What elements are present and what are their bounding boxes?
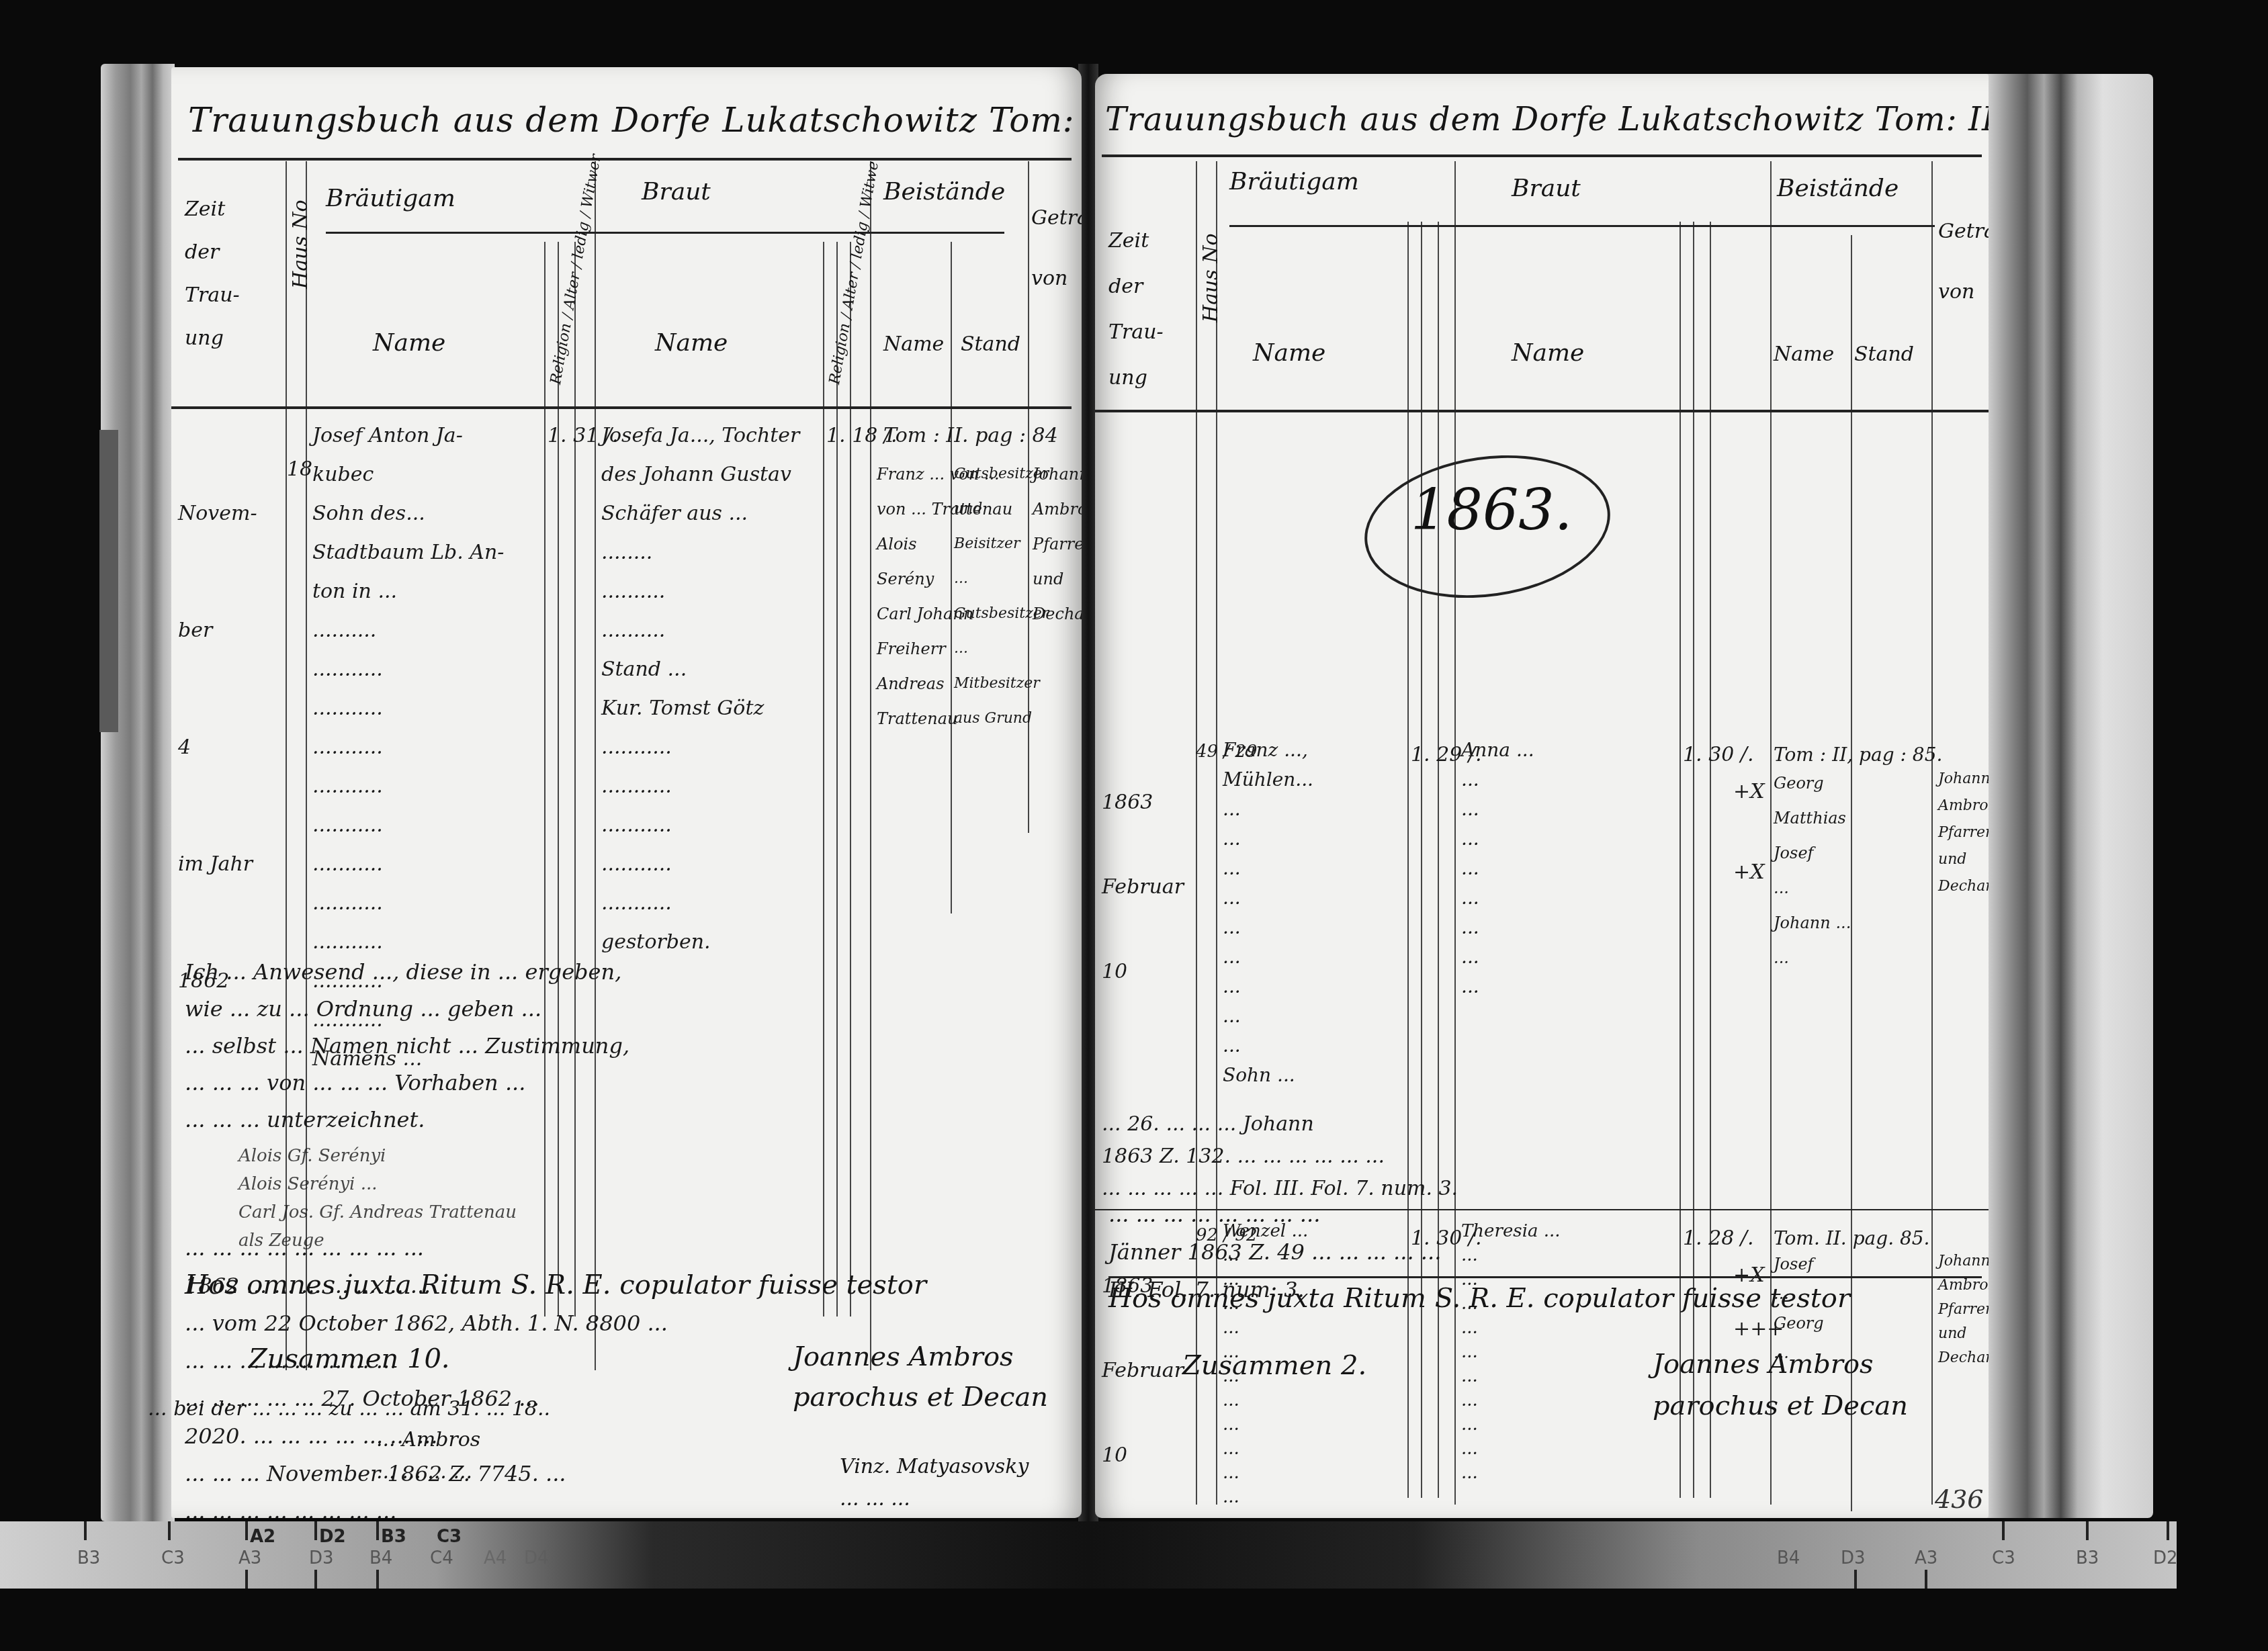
text-line: Jänner 1863 Z. 49 ... ... ... ... ... bbox=[1108, 1233, 1441, 1271]
entry-bride-age: 1. 30 /. bbox=[1683, 735, 1754, 774]
consent-note: Ich ... Anwesend ..., diese in ... ergeb… bbox=[185, 954, 629, 1139]
header-date: Zeit der Trau- ung bbox=[185, 188, 240, 360]
text-line: ... bbox=[1461, 883, 1534, 913]
header-rule bbox=[326, 232, 1004, 234]
text-line: ... bbox=[1461, 1364, 1561, 1388]
text-line: ... bbox=[1223, 972, 1313, 1001]
entry-date: 1863 Februar 10 bbox=[1102, 732, 1184, 1042]
ruler-label: A3 bbox=[1915, 1548, 1937, 1568]
text-line: ... bbox=[1461, 913, 1534, 942]
header-officiant-line: von bbox=[1031, 249, 1082, 309]
text-line: ... bbox=[1461, 795, 1534, 824]
signature-line: ... ... ... ... bbox=[376, 1456, 480, 1488]
header-bottom-rule bbox=[1095, 410, 1989, 412]
text-line: ... ... ... unterzeichnet. bbox=[185, 1102, 629, 1139]
text-line: ... bbox=[1223, 824, 1313, 854]
text-line: Pfarrer bbox=[1938, 1298, 1989, 1322]
entry-bride-text: Josefa Ja..., Tochterdes Johann GustavSc… bbox=[601, 416, 799, 962]
text-line: ... bbox=[1223, 1485, 1308, 1509]
text-line: Josef Anton Ja- bbox=[312, 416, 504, 455]
ruler-tick bbox=[376, 1521, 379, 1540]
signature-line: parochus et Decan bbox=[793, 1377, 1048, 1417]
text-line: ... ... ... ... ... ... ... ... ... bbox=[185, 1229, 668, 1267]
year-marker: 1863. bbox=[1411, 477, 1572, 543]
ruler-label: A2 bbox=[250, 1527, 275, 1547]
header-witness-status: Stand bbox=[961, 332, 1020, 356]
text-line: ... bbox=[1774, 940, 1851, 975]
text-line: und bbox=[1938, 1322, 1989, 1346]
entry-mark: +X bbox=[1733, 853, 1765, 892]
text-line: Josef bbox=[1774, 1249, 1824, 1279]
text-line: ........... bbox=[601, 884, 799, 923]
text-line: ... bbox=[1461, 1316, 1561, 1340]
text-line: ... bbox=[1461, 1437, 1561, 1461]
ruler-label: A4 bbox=[484, 1548, 507, 1568]
text-line: ... vom 22 October 1862, Abth. 1. N. 880… bbox=[185, 1304, 668, 1342]
text-line: .......... bbox=[601, 611, 799, 650]
title-rule bbox=[178, 158, 1072, 161]
text-line: ... ... ... ... ... ... ... ... bbox=[1108, 1196, 1441, 1233]
entry-date-line: im Jahr bbox=[178, 845, 257, 884]
text-line: ... bbox=[1223, 1461, 1308, 1485]
text-line: ........... bbox=[601, 728, 799, 767]
header-date-line: Zeit bbox=[185, 188, 240, 231]
signature-line: Vinz. Matyasovsky bbox=[840, 1451, 1029, 1483]
entry-bride-age: 1. 28 /. bbox=[1683, 1219, 1754, 1258]
text-line: ... bbox=[1461, 1243, 1561, 1267]
text-line: ........... bbox=[601, 806, 799, 845]
parish-priest-signature: Joannes Ambros parochus et Decan bbox=[793, 1337, 1048, 1417]
text-line: ... bbox=[1223, 1437, 1308, 1461]
ruler-label: D3 bbox=[1841, 1548, 1866, 1568]
ruler-tick bbox=[376, 1570, 379, 1589]
text-line: Dechant bbox=[1033, 596, 1082, 631]
text-line: wie ... zu ... Ordnung ... geben ... bbox=[185, 991, 629, 1028]
header-bride: Braut bbox=[1512, 175, 1581, 202]
header-date-line: der bbox=[1108, 264, 1164, 310]
ruler-label: D4 bbox=[524, 1548, 549, 1568]
entry-date-line: 1863 bbox=[1102, 789, 1184, 817]
text-line: Dechant bbox=[1938, 873, 1989, 900]
entry-house-no: 18 bbox=[287, 450, 312, 489]
entry-note: ... 26. ... ... ... Johann1863 Z. 132. .… bbox=[1102, 1108, 1458, 1205]
text-line: ... bbox=[1223, 795, 1313, 824]
text-line: ... selbst ... Namen nicht ... Zustimmun… bbox=[185, 1028, 629, 1065]
total-count: Zusammen 2. bbox=[1182, 1350, 1366, 1381]
text-line: Alois Gf. Serényi bbox=[238, 1142, 517, 1170]
header-officiant-line: von bbox=[1938, 262, 1989, 322]
header-rule bbox=[1229, 225, 1935, 227]
header-date-line: der bbox=[185, 231, 240, 274]
text-line: ........ bbox=[601, 533, 799, 572]
text-line: und bbox=[1938, 846, 1989, 873]
entry-witnesses: GeorgMatthiasJosef...Johann ...... bbox=[1774, 766, 1851, 975]
text-line: ... ... ... von ... ... ... Vorhaben ... bbox=[185, 1065, 629, 1102]
text-line: ... bbox=[1461, 972, 1534, 1001]
ruler-tick bbox=[168, 1521, 171, 1540]
closing-formula: Hos omnes juxta Ritum S. R. E. copulator… bbox=[1108, 1283, 1850, 1314]
text-line: ........... bbox=[312, 767, 504, 806]
entry-date-line: Februar bbox=[1102, 1357, 1184, 1385]
header-house-no: Haus No bbox=[289, 199, 312, 289]
ruler-label: C3 bbox=[1992, 1548, 2015, 1568]
text-line: Georg bbox=[1774, 766, 1851, 801]
text-line: Stadtbaum Lb. An- bbox=[312, 533, 504, 572]
header-witnesses: Beistände bbox=[883, 178, 1005, 206]
text-line: aus Grund bbox=[954, 701, 1049, 736]
text-line: Sohn ... bbox=[1223, 1061, 1313, 1090]
ruler-tick bbox=[1925, 1570, 1927, 1589]
text-line: ... bbox=[1461, 824, 1534, 854]
closing-formula: Hos omnes juxta Ritum S. R. E. copulator… bbox=[185, 1269, 926, 1300]
text-line: Carl Jos. Gf. Andreas Trattenau bbox=[238, 1198, 517, 1226]
ruler-label: C3 bbox=[161, 1548, 185, 1568]
entry-mark: +X bbox=[1733, 772, 1765, 811]
text-line: Mühlen... bbox=[1223, 765, 1313, 795]
text-line: Mitbesitzer bbox=[954, 666, 1049, 701]
text-line: gestorben. bbox=[601, 923, 799, 962]
text-line: Theresia ... bbox=[1461, 1219, 1561, 1243]
text-line: ... bbox=[1223, 1509, 1308, 1518]
signature-line: Joannes Ambros bbox=[793, 1337, 1048, 1377]
ruler-tick bbox=[245, 1570, 248, 1589]
entry-date-line: Februar bbox=[1102, 873, 1184, 901]
text-line: Josef bbox=[1774, 836, 1851, 871]
bottom-signature-right: Vinz. Matyasovsky ... ... ... bbox=[840, 1451, 1029, 1515]
header-witness-status: Stand bbox=[1854, 343, 1914, 366]
total-count: Zusammen 10. bbox=[249, 1343, 450, 1374]
text-line: Anna ... bbox=[1461, 735, 1534, 765]
folio-number: 436 bbox=[1935, 1484, 1984, 1514]
ruler-label: B3 bbox=[77, 1548, 100, 1568]
signature-line: parochus et Decan bbox=[1653, 1385, 1908, 1427]
text-line: ... bbox=[1461, 942, 1534, 972]
text-line: ... bbox=[954, 631, 1049, 666]
column-divider bbox=[595, 161, 596, 1370]
header-groom: Bräutigam bbox=[1229, 168, 1359, 195]
text-line: ........... bbox=[312, 650, 504, 689]
header-groom-name: Name bbox=[373, 329, 445, 357]
header-date-line: Zeit bbox=[1108, 218, 1164, 264]
entry-bride-text: Theresia ...............................… bbox=[1461, 1219, 1561, 1485]
header-groom: Bräutigam bbox=[326, 185, 455, 212]
text-line: ........... bbox=[312, 689, 504, 728]
ruler-label: B4 bbox=[1777, 1548, 1800, 1568]
closing-rule bbox=[1108, 1276, 1982, 1278]
text-line: des Johann Gustav bbox=[601, 455, 799, 494]
ruler-tick bbox=[2167, 1521, 2169, 1540]
ruler-label: D2 bbox=[319, 1527, 346, 1547]
text-line: ... bbox=[1223, 1316, 1308, 1340]
text-line: Josefa Ja..., Tochter bbox=[601, 416, 799, 455]
text-line: Pfarrer bbox=[1033, 527, 1082, 562]
ruler-tick bbox=[2002, 1521, 2005, 1540]
column-divider bbox=[1851, 235, 1852, 1511]
ruler-tick bbox=[314, 1521, 317, 1540]
header-date-line: ung bbox=[185, 317, 240, 360]
text-line: ... bbox=[1461, 765, 1534, 795]
text-line: Johann bbox=[1033, 457, 1082, 492]
entry-date-line: 10 bbox=[1102, 1441, 1184, 1470]
column-divider bbox=[823, 242, 824, 1317]
text-line: ........... bbox=[312, 845, 504, 884]
header-date: Zeit der Trau- ung bbox=[1108, 218, 1164, 401]
text-line: .......... bbox=[601, 572, 799, 611]
column-divider bbox=[850, 242, 851, 1317]
text-line: ... bbox=[1461, 854, 1534, 883]
page-title: Trauungsbuch aus dem Dorfe Lukatschowitz… bbox=[1105, 101, 1989, 138]
text-line: ... bbox=[1223, 942, 1313, 972]
entry-groom-text: Franz ...,Mühlen........................… bbox=[1223, 735, 1313, 1090]
ruler-label: C3 bbox=[437, 1527, 462, 1547]
entry-officiant: JohannAmbrosPfarrerundDechant bbox=[1938, 766, 1989, 900]
text-line: ........... bbox=[601, 767, 799, 806]
text-line: ton in ... bbox=[312, 572, 504, 611]
column-divider bbox=[870, 161, 871, 1370]
text-line: ... bbox=[1223, 883, 1313, 913]
signature-line: ... ... ... bbox=[840, 1483, 1029, 1515]
text-line: ... bbox=[1223, 1388, 1308, 1413]
text-line: ... bbox=[1461, 1413, 1561, 1437]
text-line: Kur. Tomst Götz bbox=[601, 689, 799, 728]
text-line: Sohn des... bbox=[312, 494, 504, 533]
entry-date-line: 4 bbox=[178, 728, 257, 767]
ruler-label: C4 bbox=[430, 1548, 453, 1568]
book-edge-left bbox=[101, 64, 175, 1521]
text-line: ... 26. ... ... ... Johann bbox=[1102, 1108, 1458, 1141]
book-edge-right bbox=[1985, 74, 2153, 1518]
text-line: ........... bbox=[312, 884, 504, 923]
text-line: ........... bbox=[312, 806, 504, 845]
text-line: ........... bbox=[312, 728, 504, 767]
entry-officiant: JohannAmbrosPfarrerundDechant bbox=[1938, 1249, 1989, 1370]
ruler-label: A3 bbox=[238, 1548, 261, 1568]
text-line: ... bbox=[1223, 854, 1313, 883]
text-line: Schäfer aus ... bbox=[601, 494, 799, 533]
entry-witness-ref: Tom : II. pag : 84 bbox=[883, 416, 1058, 455]
column-divider bbox=[558, 242, 559, 1317]
header-witness-name: Name bbox=[1774, 343, 1834, 366]
entry-date-line: ber bbox=[178, 611, 257, 650]
text-line: Pfarrer bbox=[1938, 819, 1989, 846]
header-bride-side: Religion / Alter / ledig / Witwe bbox=[826, 160, 882, 386]
header-witness-name: Name bbox=[883, 332, 944, 356]
ruler-tick bbox=[314, 1570, 317, 1589]
text-line: ... bbox=[1461, 1388, 1561, 1413]
bottom-signature-left: ... Ambros ... ... ... ... bbox=[376, 1424, 480, 1488]
header-witnesses: Beistände bbox=[1777, 175, 1899, 202]
page-title: Trauungsbuch aus dem Dorfe Lukatschowitz… bbox=[188, 101, 1082, 140]
text-line: Johann bbox=[1938, 766, 1989, 793]
text-line: Stand ... bbox=[601, 650, 799, 689]
ruler-label: B3 bbox=[2076, 1548, 2099, 1568]
left-page: Trauungsbuch aus dem Dorfe Lukatschowitz… bbox=[171, 67, 1082, 1518]
text-line: Johann bbox=[1938, 1249, 1989, 1274]
text-line: Dechant bbox=[1938, 1346, 1989, 1370]
text-line: Franz ..., bbox=[1223, 735, 1313, 765]
title-rule bbox=[1102, 154, 1982, 157]
header-officiant-line: Getraut bbox=[1031, 188, 1082, 249]
header-officiant: Getraut von bbox=[1031, 188, 1082, 309]
ruler-tick bbox=[1854, 1570, 1857, 1589]
entry-date-line: Novem- bbox=[178, 494, 257, 533]
ruler-label: B3 bbox=[381, 1527, 406, 1547]
ruler-label: B4 bbox=[369, 1548, 392, 1568]
text-line: ... bbox=[1223, 1001, 1313, 1031]
text-line: Alois Serényi ... bbox=[238, 1170, 517, 1198]
text-line: ... bbox=[1461, 1461, 1561, 1485]
header-bottom-rule bbox=[171, 406, 1072, 409]
text-line: Ich ... Anwesend ..., diese in ... ergeb… bbox=[185, 954, 629, 991]
page-tab-marker bbox=[99, 430, 118, 732]
text-line: Johann ... bbox=[1774, 905, 1851, 940]
parish-priest-signature: Joannes Ambros parochus et Decan bbox=[1653, 1343, 1908, 1427]
text-line: ... bbox=[1223, 1413, 1308, 1437]
footnote: ... bei der ... ... ... zu ... ... am 31… bbox=[148, 1397, 550, 1421]
header-date-line: Trau- bbox=[1108, 310, 1164, 355]
ruler-tick bbox=[84, 1521, 87, 1540]
entry-date-line: 10 bbox=[1102, 958, 1184, 986]
ruler-tick bbox=[2086, 1521, 2089, 1540]
scale-ruler: A2 D2 B3 C3 B3 C3 A3 D3 B4 C4 A4 D4 B4 D… bbox=[0, 1521, 2177, 1589]
header-officiant: Getraut von bbox=[1938, 202, 1989, 322]
entry-officiant: JohannAmbrosPfarrerundDechant bbox=[1033, 457, 1082, 631]
text-line: ... ... ... ... ... ... ... ... bbox=[185, 1492, 668, 1518]
text-line: .......... bbox=[312, 611, 504, 650]
signature-line: Joannes Ambros bbox=[1653, 1343, 1908, 1385]
column-divider bbox=[1931, 161, 1933, 1505]
entry-bride-text: Anna ........................... bbox=[1461, 735, 1534, 1001]
column-divider bbox=[574, 242, 576, 1317]
text-line: Ambros bbox=[1033, 492, 1082, 527]
header-officiant-line: Getraut bbox=[1938, 202, 1989, 262]
text-line: kubec bbox=[312, 455, 504, 494]
text-line: ... bbox=[1774, 871, 1851, 905]
text-line: Matthias bbox=[1774, 801, 1851, 836]
text-line: ... bbox=[1223, 1031, 1313, 1061]
column-divider bbox=[544, 242, 546, 1317]
header-date-line: ung bbox=[1108, 355, 1164, 401]
text-line: ........... bbox=[601, 845, 799, 884]
header-house-no: Haus No bbox=[1199, 233, 1223, 322]
text-line: Ambros bbox=[1938, 793, 1989, 819]
column-divider bbox=[836, 242, 838, 1317]
signature-line: ... Ambros bbox=[376, 1424, 480, 1456]
ruler-label: D3 bbox=[309, 1548, 334, 1568]
header-bride: Braut bbox=[642, 178, 711, 206]
text-line: 1863 Z. 132. ... ... ... ... ... ... bbox=[1102, 1141, 1458, 1173]
ruler-tick bbox=[245, 1521, 248, 1540]
header-bride-name: Name bbox=[655, 329, 728, 357]
header-bride-name: Name bbox=[1512, 339, 1584, 367]
header-groom-side: Religion / Alter / ledig / Witwer bbox=[548, 153, 605, 386]
header-date-line: Trau- bbox=[185, 274, 240, 317]
header-groom-name: Name bbox=[1253, 339, 1325, 367]
ruler-label: D2 bbox=[2153, 1548, 2178, 1568]
text-line: und bbox=[1033, 562, 1082, 596]
text-line: ... bbox=[1461, 1340, 1561, 1364]
text-line: ... bbox=[1223, 913, 1313, 942]
